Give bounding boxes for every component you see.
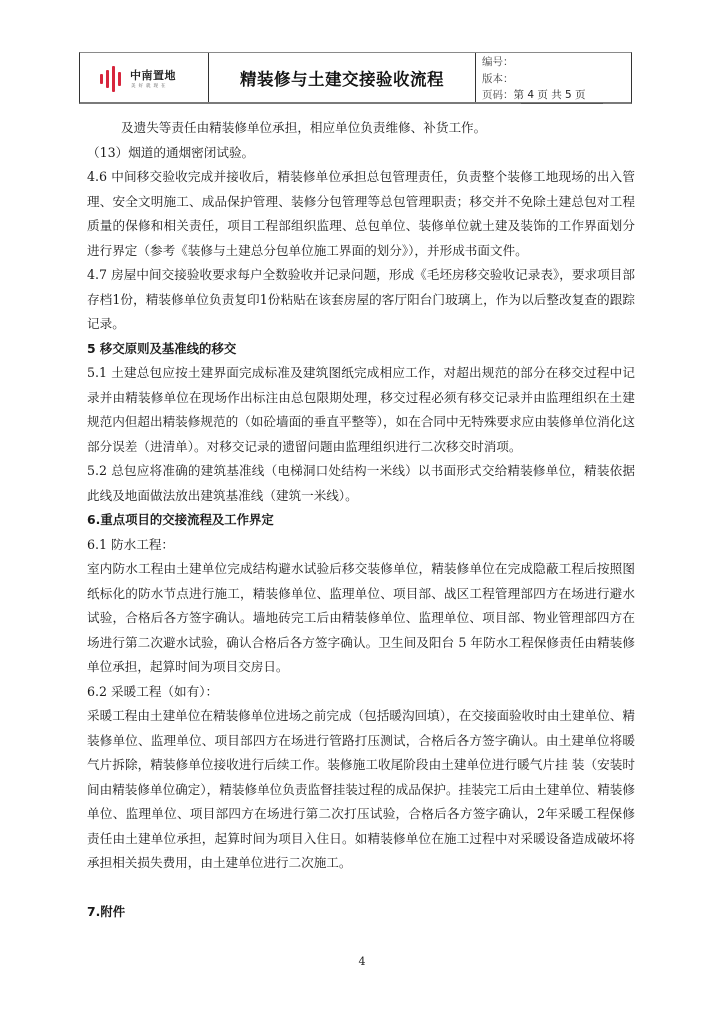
document-number-label: 编号：	[482, 56, 514, 68]
logo-cell: 中南置地 美好就现在	[80, 53, 209, 102]
paragraph: 4.7 房屋中间交接验收要求每户全数验收并记录问题，形成《毛坯房移交验收记录表》…	[87, 263, 635, 337]
page-indicator: 页码：第 4 页 共 5 页	[482, 87, 631, 104]
brand-name: 中南置地	[130, 67, 176, 83]
section-heading: 6.重点项目的交接流程及工作界定	[87, 508, 635, 533]
page-number: 4	[0, 955, 724, 968]
paragraph: 及遗失等责任由精装修单位承担，相应单位负责维修、补货工作。	[87, 116, 635, 141]
page-indicator-value: 第 4 页 共 5 页	[514, 89, 586, 101]
document-version-label: 版本：	[482, 73, 514, 85]
meta-cell: 编号： 版本： 页码：第 4 页 共 5 页	[476, 53, 631, 102]
document-header-table: 中南置地 美好就现在 精装修与土建交接验收流程 编号： 版本： 页码：第 4 页…	[79, 52, 632, 104]
sound-bars-logo-icon	[100, 66, 121, 92]
paragraph: 采暖工程由土建单位在精装修单位进场之前完成（包括暖沟回填），在交接面验收时由土建…	[87, 704, 635, 876]
paragraph: 4.6 中间移交验收完成并接收后，精装修单位承担总包管理责任，负责整个装修工地现…	[87, 165, 635, 263]
document-title: 精装修与土建交接验收流程	[240, 66, 444, 90]
document-body: 及遗失等责任由精装修单位承担，相应单位负责维修、补货工作。 （13）烟道的通烟密…	[87, 116, 635, 924]
company-logo: 中南置地 美好就现在	[100, 63, 200, 95]
section-heading: 5 移交原则及基准线的移交	[87, 337, 635, 362]
paragraph: 5.1 土建总包应按土建界面完成标准及建筑图纸完成相应工作，对超出规范的部分在移…	[87, 361, 635, 459]
subsection-label: 6.2 采暖工程（如有）：	[87, 680, 635, 705]
subsection-label: 6.1 防水工程：	[87, 533, 635, 558]
document-version: 版本：	[482, 71, 631, 88]
page-indicator-label: 页码：	[482, 89, 514, 101]
document-number: 编号：	[482, 54, 631, 71]
title-cell: 精装修与土建交接验收流程	[209, 53, 476, 102]
paragraph: 5.2 总包应将准确的建筑基准线（电梯洞口处结构一米线）以书面形式交给精装修单位…	[87, 459, 635, 508]
page-underline-divider	[521, 103, 603, 104]
paragraph: 室内防水工程由土建单位完成结构避水试验后移交装修单位，精装修单位在完成隐蔽工程后…	[87, 557, 635, 680]
section-heading: 7.附件	[87, 900, 635, 925]
brand-slogan: 美好就现在	[131, 83, 169, 89]
paragraph: （13）烟道的通烟密闭试验。	[87, 141, 635, 166]
